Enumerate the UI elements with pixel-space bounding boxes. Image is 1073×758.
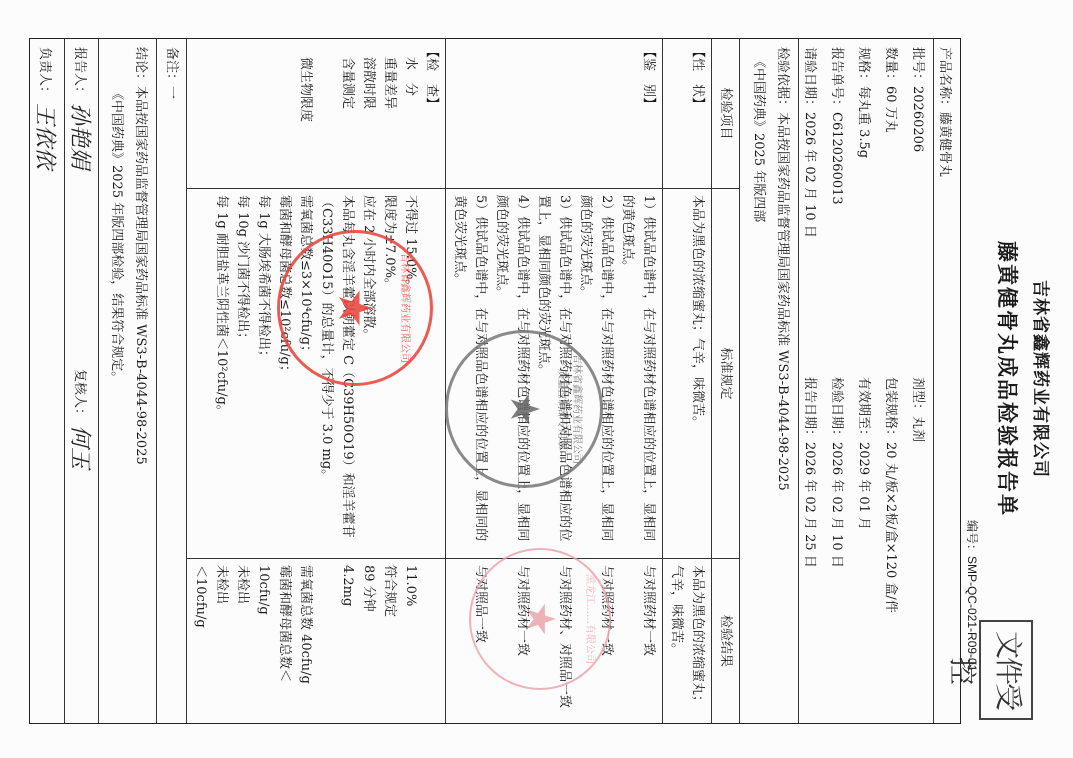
specification: 规格：每丸重 3.5g [856, 47, 875, 377]
package-spec: 包装规格：20 丸/板×2板/盒×120 盒/件 [883, 377, 902, 715]
expiry-date: 有效期至：2029 年 01 月 [856, 377, 875, 715]
report-number: 报告单号：C6120260013 [829, 47, 848, 377]
header-item: 检验项目 [711, 39, 739, 189]
reviewer-label: 复核人： [72, 369, 91, 421]
results-inspection: 11.0% 符合规定 89 分钟 4.2mg 需氧菌总数 40cfu/g 霉菌和… [186, 559, 445, 723]
result-microbial-4: 未检出 [211, 565, 232, 717]
basis-line-2: 《中国药典》2025 年版四部 [746, 47, 770, 715]
inspection-label: 【检 查】 [421, 45, 442, 182]
signature-row: 报告人： 孙艳娟 复核人： 何玉 [64, 39, 98, 723]
company-seal-stamp: 吉林省鑫辉药业有限公司 ★ [277, 230, 433, 386]
responsible-label: 负责人： [38, 47, 57, 99]
identification-result-1: 与对照药材一致 [617, 565, 659, 717]
reporter-signature: 孙艳娟 [66, 103, 97, 169]
conclusion-line-1: 结论：本品按国家药品监督管理局国家药品标准 WS3-B-4044-98-2025 [128, 47, 152, 715]
qc-stamp-text: 吉林省鑫辉药业有限公司 质量控制部专用章 [556, 348, 586, 470]
result-microbial-5: ＜10cfu/g [190, 565, 211, 717]
conclusion-line-2: 《中国药典》2025 年版四部检验，结果符合规定。 [104, 47, 128, 715]
result-assay: 4.2mg [316, 565, 358, 717]
info-row: 批号：20260206 剂型：丸剂 [906, 39, 933, 723]
items-inspection: 【检 查】 水 分 重量差异 溶散时限 含量测定 微生物限度 [186, 39, 445, 189]
star-icon: ★ [332, 287, 378, 328]
star-icon: ★ [520, 601, 560, 637]
doc-no-value: SMP-QC-021-R09-01 [965, 556, 979, 671]
header-result: 检验结果 [711, 559, 739, 723]
header-standard: 标准规定 [711, 189, 739, 559]
standard-microbial-5: 每 1g 耐胆盐革兰阴性菌＜10²cfu/g。 [211, 195, 232, 552]
company-stamp-text: 吉林省鑫辉药业有限公司 [399, 233, 414, 383]
info-row: 请验日期：2026 年 02 月 10 日 报告日期：2026 年 02 月 2… [798, 39, 825, 723]
test-date: 检验日期：2026 年 02 月 10 日 [829, 377, 848, 715]
info-row: 规格：每丸重 3.5g 有效期至：2029 年 01 月 [852, 39, 879, 723]
reviewer-signature: 何玉 [66, 425, 97, 469]
info-row: 数量：60 万丸 包装规格：20 丸/板×2板/盒×120 盒/件 [879, 39, 906, 723]
company-name: 吉林省鑫辉药业有限公司 [1030, 0, 1055, 758]
item-assay: 含量测定 [337, 45, 358, 182]
item-weight-variation: 重量差异 [379, 45, 400, 182]
result-microbial-1: 需氧菌总数 40cfu/g [295, 565, 316, 717]
star-icon: ★ [504, 391, 544, 427]
request-date: 请验日期：2026 年 02 月 10 日 [803, 47, 822, 377]
controlled-document-stamp: 文件受控 [979, 620, 1033, 720]
test-basis: 检验依据：本品按国家药品监督管理局国家药品标准 WS3-B-4044-98-20… [739, 39, 798, 723]
qc-department-stamp: 吉林省鑫辉药业有限公司 质量控制部专用章 ★ [445, 330, 603, 488]
quantity: 数量：60 万丸 [883, 47, 902, 377]
standard-microbial-4: 每 10g 沙门菌不得检出； [232, 195, 253, 552]
info-row: 报告单号：C6120260013 检验日期：2026 年 02 月 10 日 [825, 39, 852, 723]
conclusion: 结论：本品按国家药品监督管理局国家药品标准 WS3-B-4044-98-2025… [98, 39, 156, 723]
product-name-row: 产品名称：藤黄健骨丸 [933, 39, 960, 723]
result-character: 本品为黑色的浓缩蜜丸；气辛，味微苦。 [662, 559, 711, 723]
reporter-label: 报告人： [72, 47, 91, 99]
responsible-signature: 王依依 [32, 103, 63, 169]
item-identification: 【鉴 别】 [445, 39, 662, 189]
identification-standard-1: 1）供试品色谱中，在与对照药材色谱相应的位置上，显相同的黄色斑点。 [617, 195, 659, 552]
item-disintegration: 溶散时限 [358, 45, 379, 182]
result-microbial-3: 未检出 [232, 565, 253, 717]
result-weight-variation: 符合规定 [379, 565, 400, 717]
report-date: 报告日期：2026 年 02 月 25 日 [803, 377, 822, 715]
faint-stamp-text: 黑龙江……有限公司 [584, 550, 599, 688]
standard-character: 本品为黑色的浓缩蜜丸；气辛，味微苦。 [662, 189, 711, 559]
result-disintegration: 89 分钟 [358, 565, 379, 717]
item-microbial-limit: 微生物限度 [295, 45, 316, 182]
remark: 备注：一 [156, 39, 186, 723]
faint-company-stamp: 黑龙江……有限公司 ★ [469, 548, 611, 690]
result-microbial-2: 霉菌和酵母菌总数＜10cfu/g [253, 565, 295, 717]
report-page: 吉林省鑫辉药业有限公司 藤黄健骨丸成品检验报告单 编号：SMP-QC-021-R… [0, 0, 1073, 758]
product-name: 产品名称：藤黄健骨丸 [938, 47, 957, 377]
dosage-form: 剂型：丸剂 [910, 377, 929, 715]
basis-line-1: 检验依据：本品按国家药品监督管理局国家药品标准 WS3-B-4044-98-20… [770, 47, 794, 715]
result-moisture: 11.0% [400, 565, 421, 717]
item-character: 【性 状】 [662, 39, 711, 189]
batch-number: 批号：20260206 [910, 47, 929, 377]
item-moisture: 水 分 [400, 45, 421, 182]
responsible-row: 负责人： 王依依 [30, 39, 64, 723]
doc-no-label: 编号： [965, 520, 979, 556]
standard-microbial-3: 每 1g 大肠埃希菌不得检出； [253, 195, 274, 552]
standard-microbial-2: 霉菌和酵母菌总数≤10²cfu/g； [274, 195, 295, 552]
